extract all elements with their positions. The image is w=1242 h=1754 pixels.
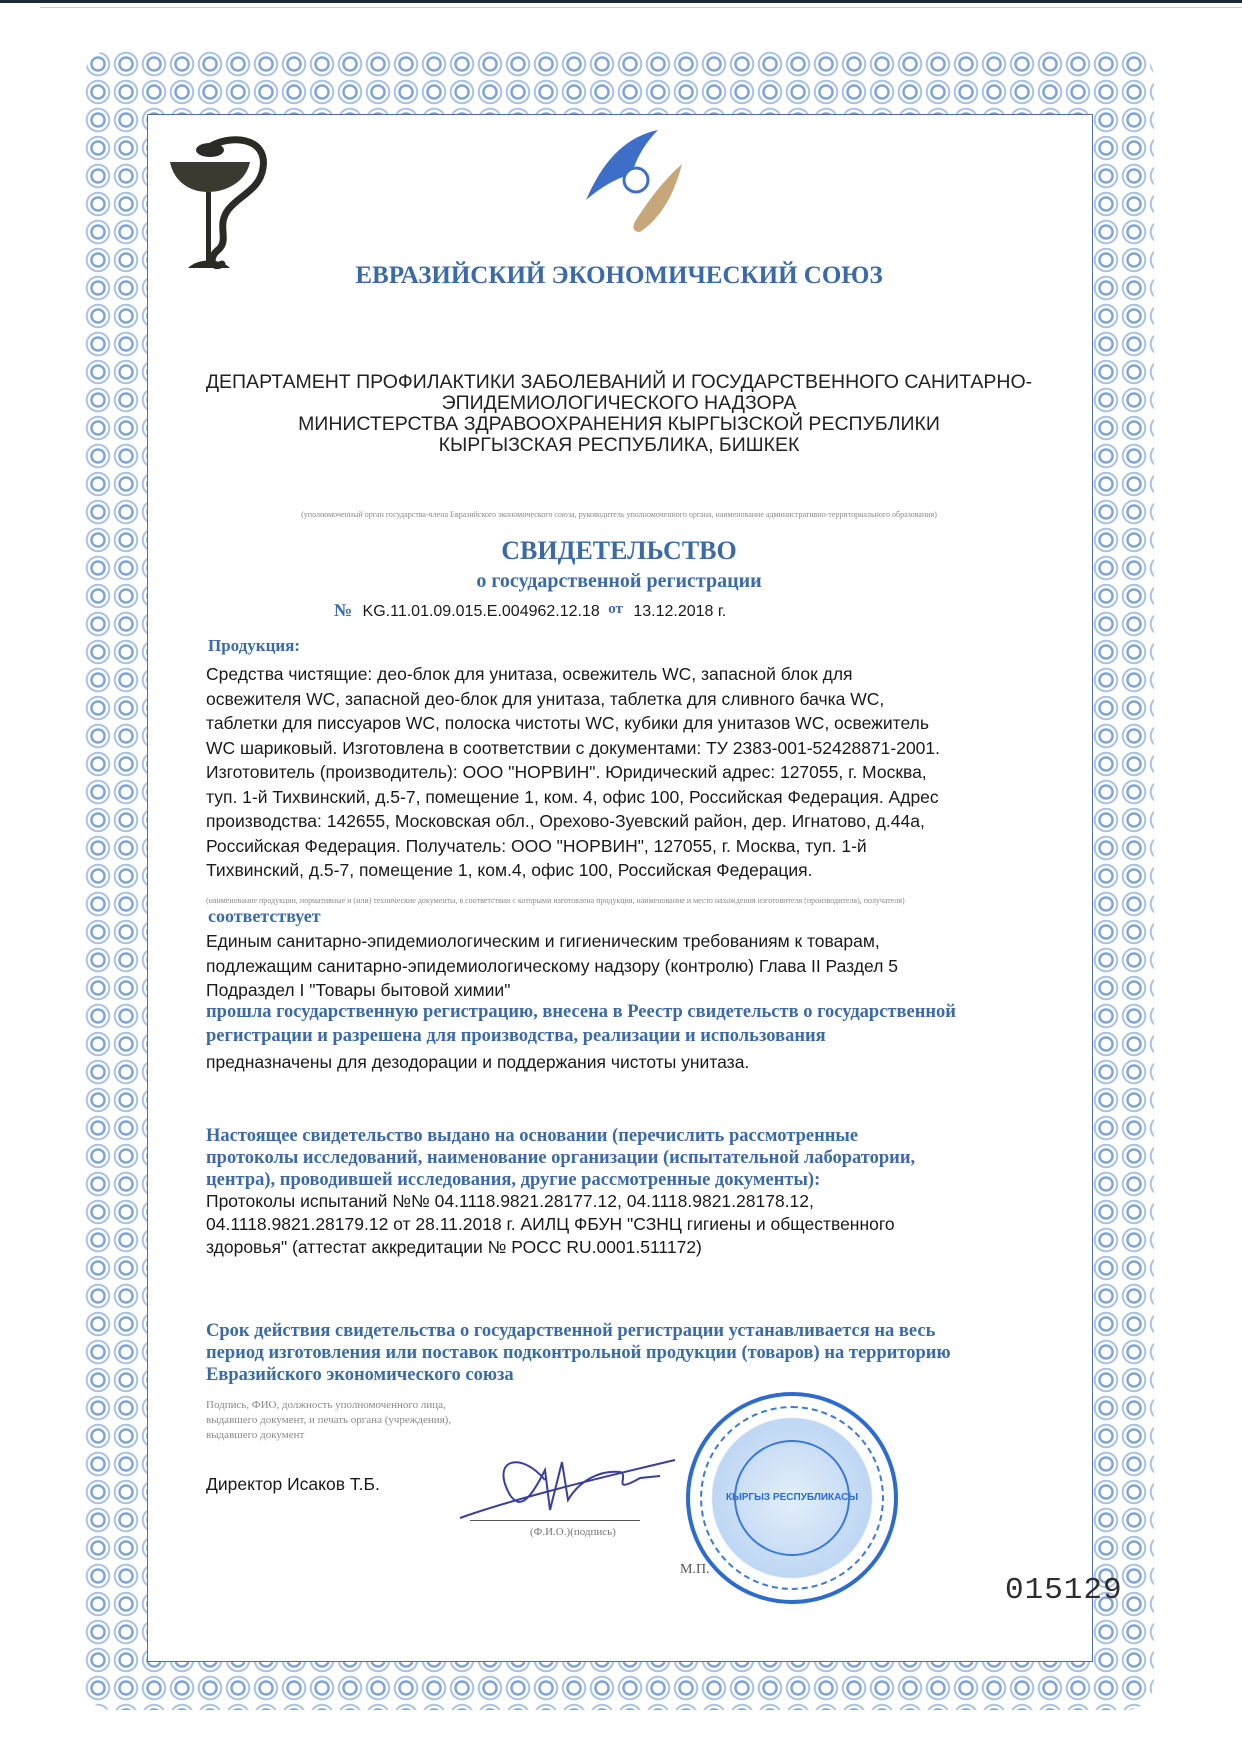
product-line: WC шариковый. Изготовлена в соответствии…	[206, 736, 1086, 761]
certificate-number: KG.11.01.09.015.E.004962.12.18	[363, 603, 600, 620]
scan-top-line	[40, 7, 1242, 8]
bowl-of-hygieia-icon	[168, 130, 278, 280]
issuer-line: КЫРГЫЗСКАЯ РЕСПУБЛИКА, БИШКЕК	[147, 435, 1091, 456]
certificate-number-line: № KG.11.01.09.015.E.004962.12.18 от 13.1…	[334, 600, 726, 621]
issuer-block: ДЕПАРТАМЕНТ ПРОФИЛАКТИКИ ЗАБОЛЕВАНИЙ И Г…	[147, 372, 1091, 456]
product-line: таблетки для писсуаров WC, полоска чисто…	[206, 711, 1086, 736]
basis-heading-line: центра), проводившей исследования, други…	[206, 1169, 915, 1191]
compliance-label: соответствует	[208, 906, 321, 927]
certificate-subtitle: о государственной регистрации	[147, 570, 1091, 593]
validity-line: Евразийского экономического союза	[206, 1364, 951, 1386]
product-caption: (наименование продукции, нормативные и (…	[206, 896, 1086, 905]
basis-heading-line: протоколы исследований, наименование орг…	[206, 1147, 915, 1169]
product-line: туп. 1-й Тихвинский, д.5-7, помещение 1,…	[206, 785, 1086, 810]
signature-scribble	[450, 1440, 690, 1525]
product-line: Российская Федерация. Получатель: ООО "Н…	[206, 834, 1086, 859]
basis-heading: Настоящее свидетельство выдано на основа…	[206, 1125, 915, 1191]
stamp-text: КЫРГЫЗ РЕСПУБЛИКАСЫ	[690, 1492, 894, 1503]
basis-heading-line: Настоящее свидетельство выдано на основа…	[206, 1125, 915, 1147]
basis-line: здоровья" (аттестат аккредитации № РОСС …	[206, 1236, 895, 1259]
certificate-date: 13.12.2018 г.	[633, 603, 726, 620]
basis-line: Протоколы испытаний №№ 04.1118.9821.2817…	[206, 1190, 895, 1213]
product-purpose: предназначены для дезодорации и поддержа…	[206, 1050, 749, 1075]
compliance-line: Подраздел I "Товары бытовой химии"	[206, 978, 1086, 1003]
basis-protocols: Протоколы испытаний №№ 04.1118.9821.2817…	[206, 1190, 895, 1259]
compliance-requirements: Единым санитарно-эпидемиологическим и ги…	[206, 929, 1086, 1003]
product-line: Тихвинский, д.5-7, помещение 1, ком.4, о…	[206, 858, 1086, 883]
signature-caption-line: выдавшего документ, и печать органа (учр…	[206, 1413, 451, 1428]
signature-caption: Подпись, ФИО, должность уполномоченного …	[206, 1398, 451, 1443]
issuer-line: ЭПИДЕМИОЛОГИЧЕСКОГО НАДЗОРА	[147, 393, 1091, 414]
serial-number: 015129	[1005, 1573, 1123, 1608]
date-prefix: от	[608, 601, 623, 617]
fio-caption: (Ф.И.О.)(подпись)	[530, 1526, 616, 1538]
certificate-title: СВИДЕТЕЛЬСТВО	[147, 536, 1091, 566]
registration-line: регистрации и разрешена для производства…	[206, 1024, 956, 1048]
compliance-line: Единым санитарно-эпидемиологическим и ги…	[206, 929, 1086, 954]
compliance-line: подлежащим санитарно-эпидемиологическому…	[206, 954, 1086, 979]
signature-caption-line: Подпись, ФИО, должность уполномоченного …	[206, 1398, 451, 1413]
issuer-line: МИНИСТЕРСТВА ЗДРАВООХРАНЕНИЯ КЫРГЫЗСКОЙ …	[147, 414, 1091, 435]
number-sign: №	[334, 600, 352, 620]
mp-label: М.П.	[680, 1562, 710, 1578]
product-line: освежителя WC, запасной део-блок для уни…	[206, 687, 1086, 712]
product-line: Изготовитель (производитель): ООО "НОРВИ…	[206, 760, 1086, 785]
validity-line: Срок действия свидетельства о государств…	[206, 1320, 951, 1342]
validity-line: период изготовления или поставок подконт…	[206, 1342, 951, 1364]
signature-caption-line: выдавшего документ	[206, 1428, 451, 1443]
issuer-line: ДЕПАРТАМЕНТ ПРОФИЛАКТИКИ ЗАБОЛЕВАНИЙ И Г…	[147, 372, 1091, 393]
union-title: ЕВРАЗИЙСКИЙ ЭКОНОМИЧЕСКИЙ СОЮЗ	[147, 262, 1091, 290]
product-line: Средства чистящие: део-блок для унитаза,…	[206, 662, 1086, 687]
validity-statement: Срок действия свидетельства о государств…	[206, 1320, 951, 1386]
eaeu-emblem-icon	[580, 128, 690, 238]
registration-statement: прошла государственную регистрацию, внес…	[206, 1000, 956, 1048]
official-stamp: КЫРГЫЗ РЕСПУБЛИКАСЫ	[686, 1392, 898, 1604]
scan-top-edge	[0, 0, 1242, 3]
signer-name: Директор Исаков Т.Б.	[206, 1474, 380, 1495]
issuer-caption: (уполномоченный орган государства-члена …	[147, 510, 1091, 519]
product-description: Средства чистящие: део-блок для унитаза,…	[206, 662, 1086, 883]
registration-line: прошла государственную регистрацию, внес…	[206, 1000, 956, 1024]
product-line: производства: 142655, Московская обл., О…	[206, 809, 1086, 834]
product-label: Продукция:	[208, 636, 300, 656]
basis-line: 04.1118.9821.28179.12 от 28.11.2018 г. А…	[206, 1213, 895, 1236]
